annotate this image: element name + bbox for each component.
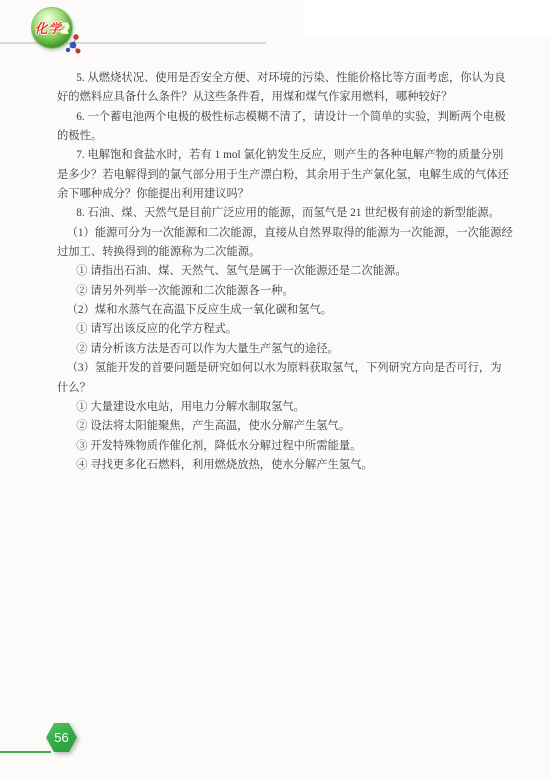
text-line: ② 请另外列举一次能源和二次能源各一种。 bbox=[57, 282, 499, 301]
textbook-page: 化学2 5. 从燃烧状况、使用是否安全方便、对环境的污染、性能价格比等方面考虑，… bbox=[0, 0, 550, 778]
text-line: 8. 石油、煤、天然气是目前广泛应用的能源，而氢气是 21 世纪极有前途的新型能… bbox=[57, 204, 499, 223]
text-line: 过加工、转换得到的能源称为二次能源。 bbox=[57, 243, 499, 262]
page-number: 56 bbox=[54, 730, 68, 745]
text-line: （2）煤和水蒸气在高温下反应生成一氧化碳和氢气。 bbox=[57, 301, 499, 320]
text-line: 7. 电解饱和食盐水时，若有 1 mol 氯化钠发生反应，则产生的各种电解产物的… bbox=[57, 146, 499, 165]
text-line: ① 请指出石油、煤、天然气、氢气是属于一次能源还是二次能源。 bbox=[57, 262, 499, 281]
exercise-questions: 5. 从燃烧状况、使用是否安全方便、对环境的污染、性能价格比等方面考虑，你认为良… bbox=[57, 69, 499, 475]
text-line: ① 大量建设水电站，用电力分解水制取氢气。 bbox=[57, 398, 499, 417]
logo-title-cn: 化学 bbox=[34, 21, 61, 36]
text-line: ② 请分析该方法是否可以作为大量生产氢气的途径。 bbox=[57, 340, 499, 359]
text-line: 是多少？若电解得到的氯气部分用于生产漂白粉，其余用于生产氯化氢，电解生成的气体还 bbox=[57, 166, 499, 185]
text-line: ③ 开发特殊物质作催化剂，降低水分解过程中所需能量。 bbox=[57, 437, 499, 456]
page-number-badge: 56 bbox=[46, 723, 77, 752]
text-line: 好的燃料应具备什么条件？从这些条件看，用煤和煤气作家用燃料，哪种较好？ bbox=[57, 88, 499, 107]
text-line: 5. 从燃烧状况、使用是否安全方便、对环境的污染、性能价格比等方面考虑，你认为良 bbox=[57, 69, 499, 88]
text-line: 余下哪种成分？你能提出利用建议吗？ bbox=[57, 185, 499, 204]
text-line: ④ 寻找更多化石燃料，利用燃烧放热，使水分解产生氢气。 bbox=[57, 456, 499, 475]
text-line: （1）能源可分为一次能源和二次能源，直接从自然界取得的能源为一次能源，一次能源经 bbox=[57, 224, 499, 243]
text-line: 的极性。 bbox=[57, 127, 499, 146]
text-line: （3）氢能开发的首要问题是研究如何以水为原料获取氢气，下列研究方向是否可行，为 bbox=[57, 359, 499, 378]
text-line: 6. 一个蓄电池两个电极的极性标志模糊不清了，请设计一个简单的实验，判断两个电极 bbox=[57, 108, 499, 127]
footer-divider-line bbox=[0, 751, 51, 753]
text-line: ② 设法将太阳能聚焦，产生高温，使水分解产生氢气。 bbox=[57, 417, 499, 436]
text-line: ① 请写出该反应的化学方程式。 bbox=[57, 320, 499, 339]
top-right-blank-patch bbox=[304, 0, 550, 37]
text-line: 什么？ bbox=[57, 379, 499, 398]
molecule-icon bbox=[63, 33, 87, 57]
